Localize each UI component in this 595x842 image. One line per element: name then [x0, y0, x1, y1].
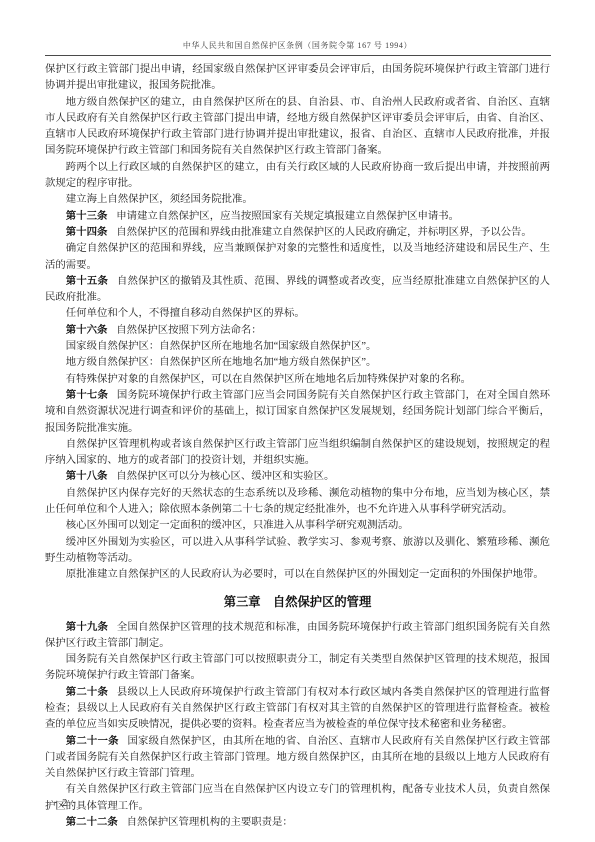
- paragraph: 缓冲区外围划为实验区，可以进入从事科学试验、教学实习、参观考察、旅游以及驯化、繁…: [45, 535, 550, 568]
- article-number-label: 第二十二条: [66, 817, 118, 828]
- paragraph: 第十九条全国自然保护区管理的技术规范和标准，由国务院环境保护行政主管部门组织国务…: [45, 620, 550, 653]
- paragraph-text: 自然保护区管理机构的主要职责是：: [127, 817, 293, 828]
- paragraph: 国务院有关自然保护区行政主管部门可以按照职责分工，制定有关类型自然保护区管理的技…: [45, 652, 550, 685]
- article-number-label: 第十三条: [66, 211, 108, 222]
- document-body: 保护区行政主管部门提出申请，经国家级自然保护区评审委员会评审后，由国务院环境保护…: [45, 62, 550, 831]
- paragraph: 第十八条自然保护区可以分为核心区、缓冲区和实验区。: [45, 469, 550, 485]
- paragraph-text: 自然保护区可以分为核心区、缓冲区和实验区。: [116, 471, 334, 482]
- article-number-label: 第二十条: [66, 687, 108, 698]
- paragraph: 核心区外围可以划定一定面积的缓冲区，只准进入从事科学研究观测活动。: [45, 518, 550, 534]
- paragraph-text: 全国自然保护区管理的技术规范和标准，由国务院环境保护行政主管部门组织国务院有关自…: [45, 622, 550, 649]
- article-number-label: 第十四条: [66, 227, 108, 238]
- paragraph: 自然保护区管理机构或者该自然保护区行政主管部门应当组织编制自然保护区的建设规划，…: [45, 437, 550, 470]
- paragraph-text: 国家级自然保护区，由其所在地的省、自治区、直辖市人民政府有关自然保护区行政主管部…: [45, 736, 550, 780]
- paragraph: 国家级自然保护区：自然保护区所在地地名加“国家级自然保护区”。: [45, 339, 550, 355]
- paragraph: 第二十条县级以上人民政府环境保护行政主管部门有权对本行政区域内各类自然保护区的管…: [45, 685, 550, 734]
- paragraph: 第十七条国务院环境保护行政主管部门应当会同国务院有关自然保护区行政主管部门，在对…: [45, 388, 550, 437]
- article-number-label: 第十九条: [66, 622, 108, 633]
- page-number: · 2 ·: [54, 798, 77, 809]
- paragraph: 自然保护区内保存完好的天然状态的生态系统以及珍稀、濒危动植物的集中分布地，应当划…: [45, 486, 550, 519]
- paragraph: 原批准建立自然保护区的人民政府认为必要时，可以在自然保护区的外围划定一定面积的外…: [45, 567, 550, 583]
- paragraph-text: 县级以上人民政府环境保护行政主管部门有权对本行政区域内各类自然保护区的管理进行监…: [45, 687, 550, 731]
- paragraph: 跨两个以上行政区域的自然保护区的建立，由有关行政区域的人民政府协商一致后提出申请…: [45, 160, 550, 193]
- paragraph: 有关自然保护区行政主管部门应当在自然保护区内设立专门的管理机构，配备专业技术人员…: [45, 782, 550, 815]
- paragraph: 第十三条申请建立自然保护区，应当按照国家有关规定填报建立自然保护区申请书。: [45, 209, 550, 225]
- paragraph-text: 自然保护区的撤销及其性质、范围、界线的调整或者改变，应当经原批准建立自然保护区的…: [45, 276, 550, 303]
- paragraph: 第二十一条国家级自然保护区，由其所在地的省、自治区、直辖市人民政府有关自然保护区…: [45, 734, 550, 783]
- paragraph: 确定自然保护区的范围和界线，应当兼顾保护对象的完整性和适度性，以及当地经济建设和…: [45, 241, 550, 274]
- paragraph: 第十六条自然保护区按照下列方法命名：: [45, 323, 550, 339]
- paragraph-text: 自然保护区的范围和界线由批准建立自然保护区的人民政府确定，并标明区界，予以公告。: [116, 227, 532, 238]
- paragraph: 地方级自然保护区的建立，由自然保护区所在的县、自治县、市、自治州人民政府或者省、…: [45, 95, 550, 160]
- article-number-label: 第二十一条: [66, 736, 119, 747]
- article-number-label: 第十五条: [66, 276, 108, 287]
- paragraph-text: 申请建立自然保护区，应当按照国家有关规定填报建立自然保护区申请书。: [116, 211, 459, 222]
- article-number-label: 第十八条: [66, 471, 108, 482]
- paragraph-text: 国务院环境保护行政主管部门应当会同国务院有关自然保护区行政主管部门，在对全国自然…: [45, 390, 550, 434]
- paragraph: 任何单位和个人，不得擅自移动自然保护区的界标。: [45, 306, 550, 322]
- paragraph: 地方级自然保护区：自然保护区所在地地名加“地方级自然保护区”。: [45, 355, 550, 371]
- paragraph: 保护区行政主管部门提出申请，经国家级自然保护区评审委员会评审后，由国务院环境保护…: [45, 62, 550, 95]
- paragraph: 第二十二条自然保护区管理机构的主要职责是：: [45, 815, 550, 831]
- paragraph: 第十五条自然保护区的撤销及其性质、范围、界线的调整或者改变，应当经原批准建立自然…: [45, 274, 550, 307]
- paragraph: 建立海上自然保护区，须经国务院批准。: [45, 192, 550, 208]
- running-header-title: 中华人民共和国自然保护区条例（国务院令第 167 号 1994）: [45, 40, 550, 51]
- paragraph: 第十四条自然保护区的范围和界线由批准建立自然保护区的人民政府确定，并标明区界，予…: [45, 225, 550, 241]
- article-number-label: 第十六条: [66, 325, 108, 336]
- article-number-label: 第十七条: [66, 390, 108, 401]
- header-rule: [45, 55, 551, 56]
- document-page: 中华人民共和国自然保护区条例（国务院令第 167 号 1994） 保护区行政主管…: [0, 0, 595, 842]
- paragraph-text: 自然保护区按照下列方法命名：: [116, 325, 261, 336]
- chapter-heading: 第三章 自然保护区的管理: [45, 594, 550, 611]
- paragraph: 有特殊保护对象的自然保护区，可以在自然保护区所在地地名后加特殊保护对象的名称。: [45, 372, 550, 388]
